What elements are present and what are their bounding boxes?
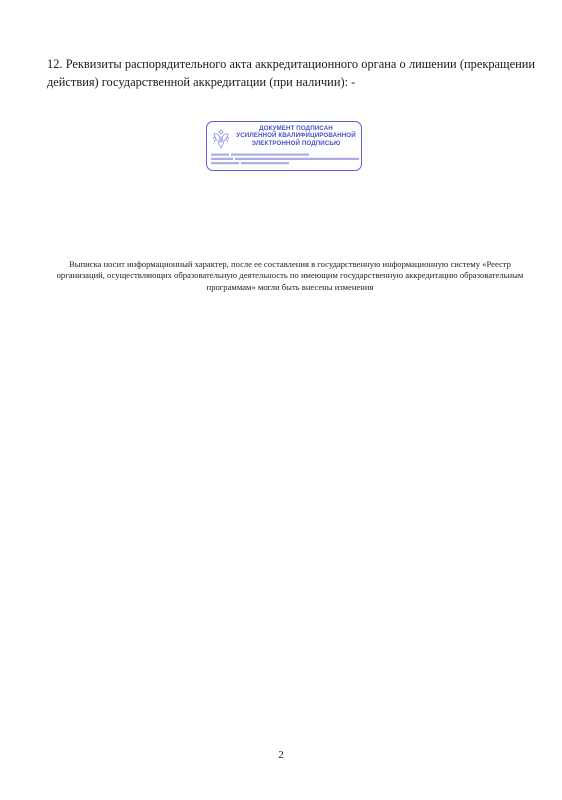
section-12-paragraph: 12. Реквизиты распорядительного акта акк… <box>47 55 535 91</box>
stamp-details-blurred-text <box>211 153 361 166</box>
document-page: 12. Реквизиты распорядительного акта акк… <box>0 0 562 800</box>
stamp-title-line: УСИЛЕННОЙ КВАЛИФИЦИРОВАННОЙ <box>231 132 361 139</box>
coat-of-arms-icon <box>212 128 230 150</box>
page-number: 2 <box>0 749 562 761</box>
stamp-certificate-details <box>211 153 361 167</box>
disclaimer-note: Выписка носит информационный характер, п… <box>50 259 530 294</box>
electronic-signature-stamp: ДОКУМЕНТ ПОДПИСАН УСИЛЕННОЙ КВАЛИФИЦИРОВ… <box>206 121 362 171</box>
stamp-title: ДОКУМЕНТ ПОДПИСАН УСИЛЕННОЙ КВАЛИФИЦИРОВ… <box>231 125 361 147</box>
stamp-title-line: ЭЛЕКТРОННОЙ ПОДПИСЬЮ <box>231 140 361 147</box>
